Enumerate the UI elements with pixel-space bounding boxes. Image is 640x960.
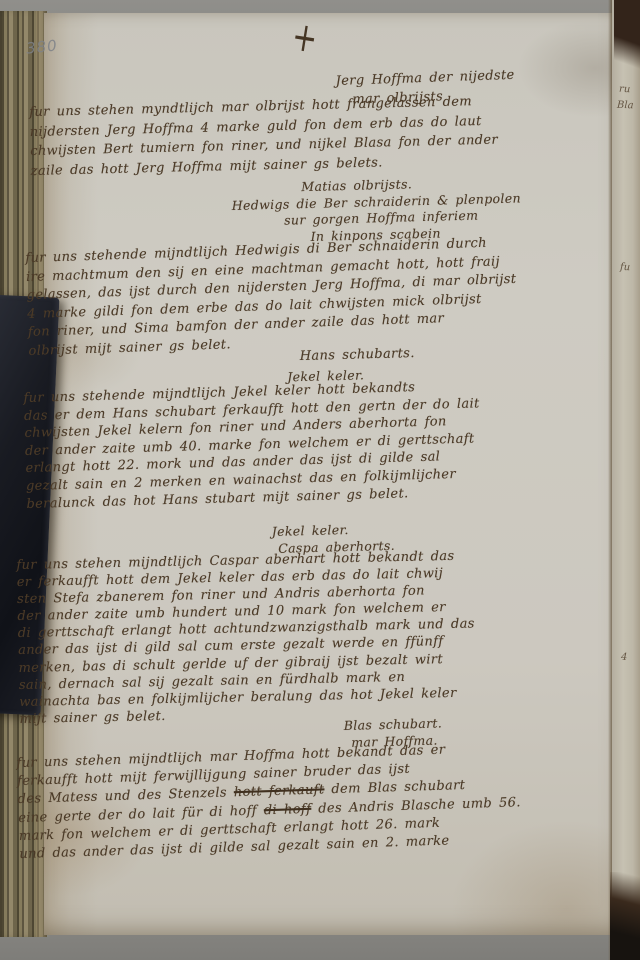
- facing-page-edge: [612, 0, 640, 960]
- manuscript-line: Hans schubarts.: [299, 344, 415, 367]
- facing-page-marginalia: fu: [620, 262, 631, 273]
- cover-corner-bottom: [610, 872, 640, 960]
- record-paragraph-5: fur uns stehen mijndtlijch mar Hoffma ho…: [16, 739, 522, 864]
- facing-page-marginalia: ru: [619, 84, 631, 95]
- struck-text: di hoff: [264, 801, 312, 817]
- cover-corner-top: [614, 0, 640, 72]
- facing-page-marginalia: Bla: [617, 100, 634, 112]
- record-paragraph-4: fur uns stehen mijndtlijch Caspar aberha…: [16, 547, 477, 727]
- struck-text: hott ferkauft: [234, 783, 325, 801]
- facing-page-marginalia: 4: [621, 652, 628, 663]
- record-paragraph-1: fur uns stehen myndtlijch mar olbrijst h…: [29, 92, 499, 181]
- record-paragraph-2: fur uns stehende mijndtlijch Hedwigis di…: [25, 234, 518, 361]
- folio-number-pencil: 380: [25, 36, 58, 57]
- record-paragraph-3: fur uns stehende mijndtlijch Jekel keler…: [23, 377, 482, 513]
- photo-frame: ru Bla fu 4 + 380 Jerg Hoffma der nijeds…: [0, 0, 640, 960]
- line-segment: dem Blas schubart: [324, 778, 465, 797]
- manuscript-line: Blas schubart.: [344, 715, 443, 734]
